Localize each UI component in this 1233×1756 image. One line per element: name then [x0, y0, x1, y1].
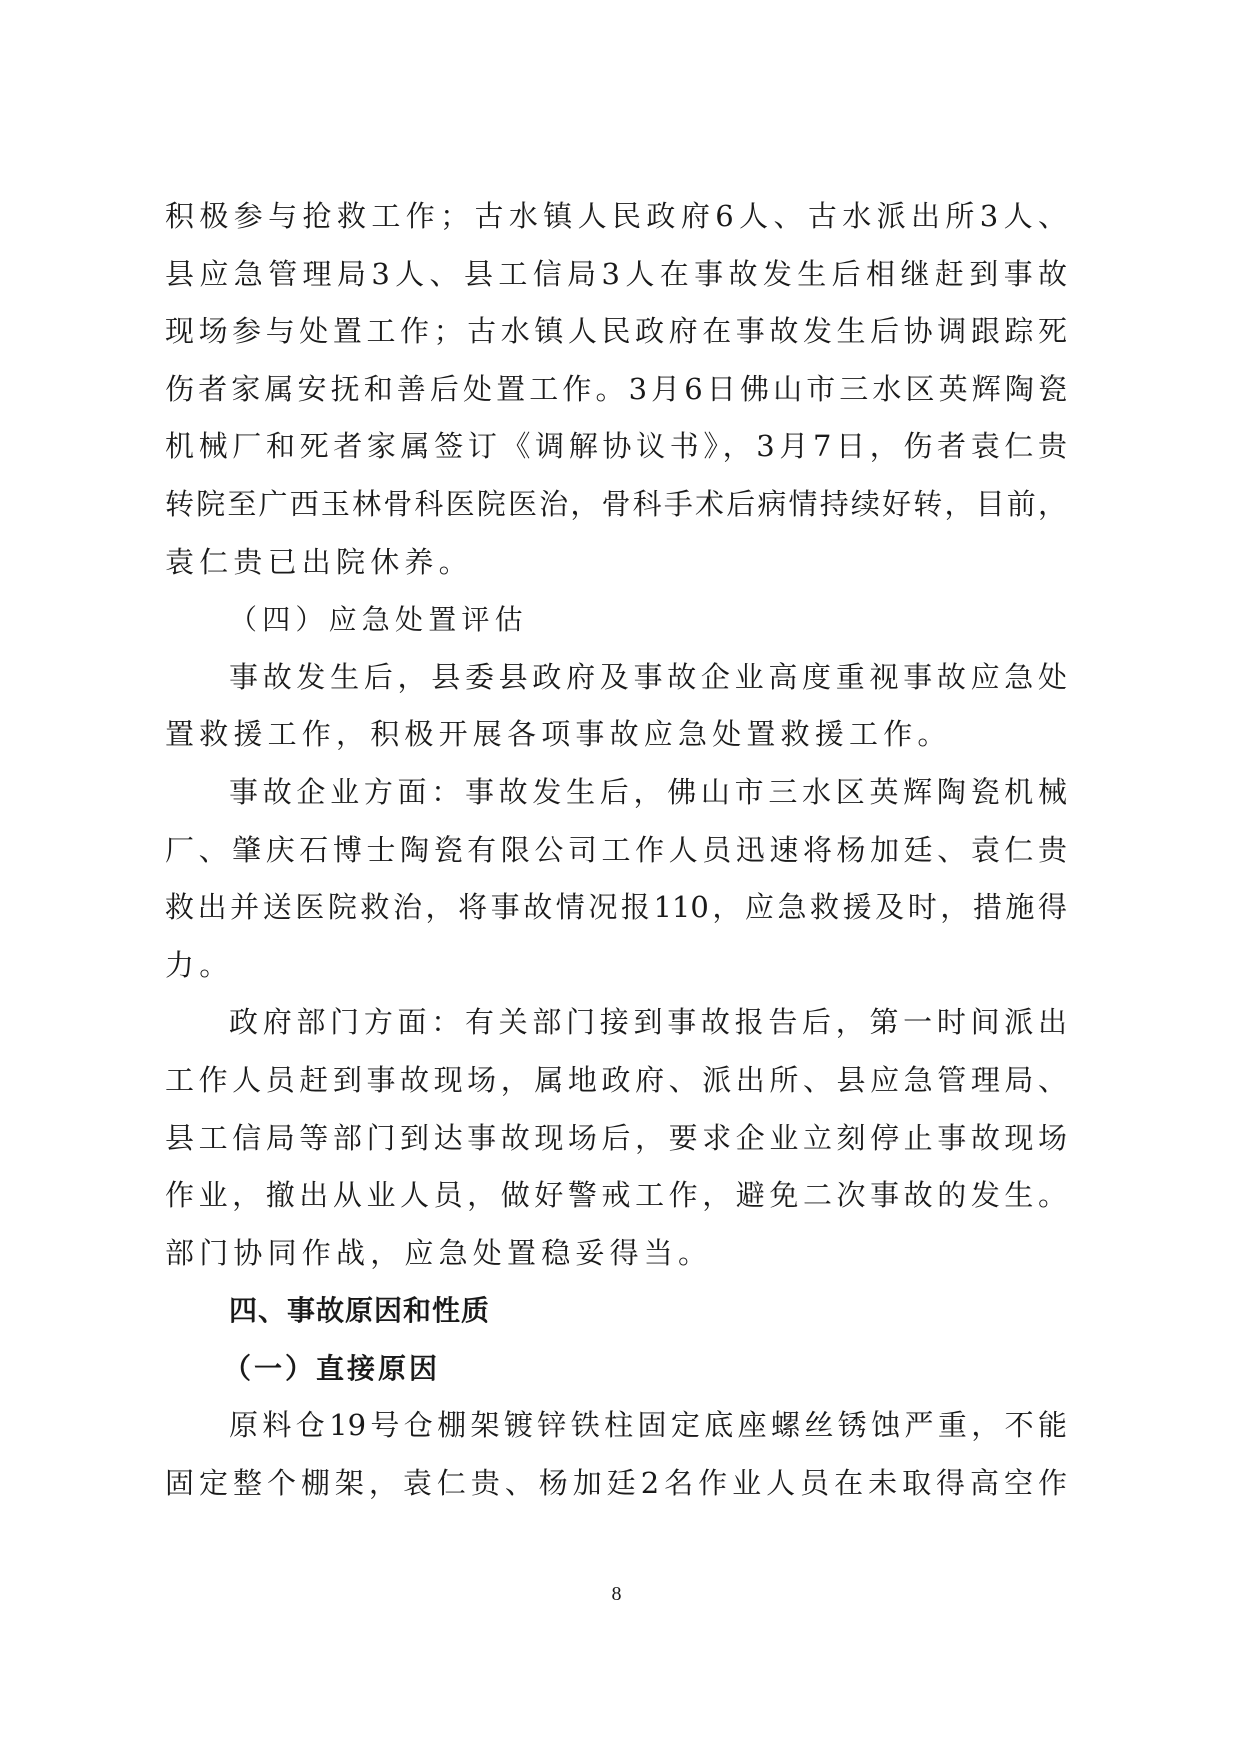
paragraph-emergency-response-continued: 积极参与抢救工作；古水镇人民政府6人、古水派出所3人、 县应急管理局3人、县工信… — [165, 188, 1067, 591]
paragraph-government-side: 政府部门方面：有关部门接到事故报告后，第一时间派出 工作人员赶到事故现场，属地政… — [165, 994, 1067, 1282]
section-heading-emergency-evaluation: （四）应急处置评估 — [165, 591, 1067, 649]
text-line: 部门协同作战，应急处置稳妥得当。 — [165, 1225, 1067, 1283]
text-line: 作业，撤出从业人员，做好警戒工作，避免二次事故的发生。 — [165, 1167, 1067, 1225]
text-line: 固定整个棚架，袁仁贵、杨加廷2名作业人员在未取得高空作 — [165, 1455, 1067, 1513]
text-line: 机械厂和死者家属签订《调解协议书》，3月7日，伤者袁仁贵 — [165, 418, 1067, 476]
text-line: 积极参与抢救工作；古水镇人民政府6人、古水派出所3人、 — [165, 188, 1067, 246]
section-heading-cause-and-nature: 四、事故原因和性质 — [165, 1282, 1067, 1340]
paragraph-enterprise-side: 事故企业方面：事故发生后，佛山市三水区英辉陶瓷机械 厂、肇庆石博士陶瓷有限公司工… — [165, 764, 1067, 994]
text-line: 力。 — [165, 937, 1067, 995]
text-line: 县应急管理局3人、县工信局3人在事故发生后相继赶到事故 — [165, 246, 1067, 304]
page-number: 8 — [0, 1583, 1233, 1606]
text-line: 现场参与处置工作；古水镇人民政府在事故发生后协调跟踪死 — [165, 303, 1067, 361]
document-page: 积极参与抢救工作；古水镇人民政府6人、古水派出所3人、 县应急管理局3人、县工信… — [0, 0, 1233, 1756]
text-line: 伤者家属安抚和善后处置工作。3月6日佛山市三水区英辉陶瓷 — [165, 361, 1067, 419]
section-heading-direct-cause: （一）直接原因 — [165, 1340, 1067, 1398]
text-line: 县工信局等部门到达事故现场后，要求企业立刻停止事故现场 — [165, 1110, 1067, 1168]
document-body: 积极参与抢救工作；古水镇人民政府6人、古水派出所3人、 县应急管理局3人、县工信… — [165, 188, 1067, 1513]
text-line: 厂、肇庆石博士陶瓷有限公司工作人员迅速将杨加廷、袁仁贵 — [165, 822, 1067, 880]
text-line: 置救援工作，积极开展各项事故应急处置救援工作。 — [165, 706, 1067, 764]
text-line: 袁仁贵已出院休养。 — [165, 534, 1067, 592]
text-line: 救出并送医院救治，将事故情况报110，应急救援及时，措施得 — [165, 879, 1067, 937]
text-line: 工作人员赶到事故现场，属地政府、派出所、县应急管理局、 — [165, 1052, 1067, 1110]
text-line: 政府部门方面：有关部门接到事故报告后，第一时间派出 — [165, 994, 1067, 1052]
text-line: 事故企业方面：事故发生后，佛山市三水区英辉陶瓷机械 — [165, 764, 1067, 822]
paragraph-overview: 事故发生后，县委县政府及事故企业高度重视事故应急处 置救援工作，积极开展各项事故… — [165, 649, 1067, 764]
text-line: 原料仓19号仓棚架镀锌铁柱固定底座螺丝锈蚀严重，不能 — [165, 1397, 1067, 1455]
text-line: 事故发生后，县委县政府及事故企业高度重视事故应急处 — [165, 649, 1067, 707]
text-line: 转院至广西玉林骨科医院医治，骨科手术后病情持续好转，目前， — [165, 476, 1067, 534]
paragraph-direct-cause: 原料仓19号仓棚架镀锌铁柱固定底座螺丝锈蚀严重，不能 固定整个棚架，袁仁贵、杨加… — [165, 1397, 1067, 1512]
